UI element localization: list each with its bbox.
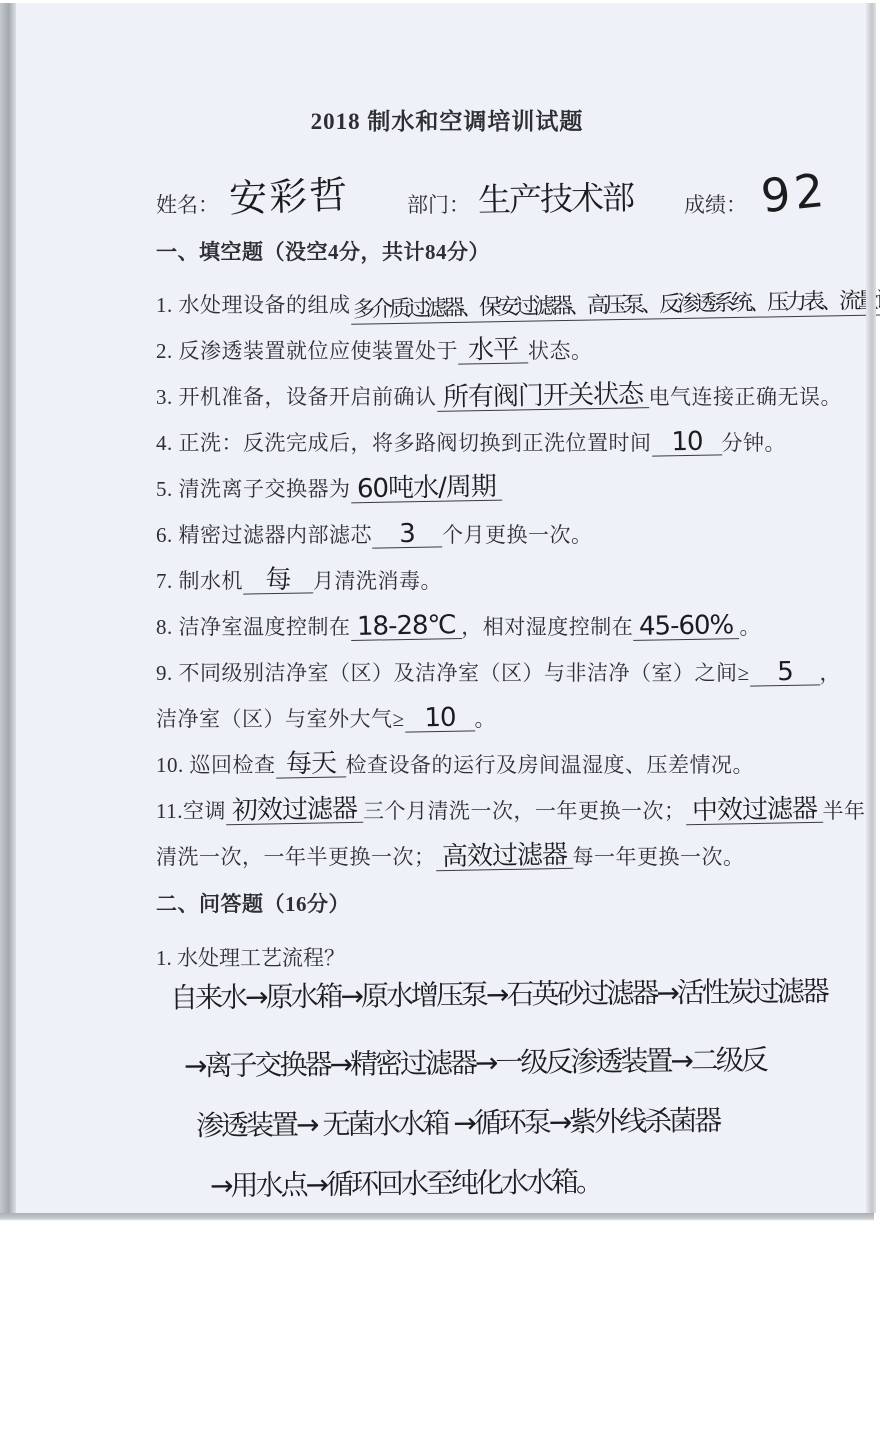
name-handwritten-value: 安彩哲 xyxy=(228,162,388,222)
printed-text: 3. 开机准备，设备开启前确认 xyxy=(156,385,437,409)
paper-bottom-shadow xyxy=(0,1213,874,1221)
printed-text: 检查设备的运行及房间温湿度、压差情况。 xyxy=(346,753,755,777)
printed-text: 5. 清洗离子交换器为 xyxy=(156,477,351,501)
handwritten-blank-answer: 所有阀门开关状态 xyxy=(436,381,648,412)
question-line: 10. 巡回检查每天检查设备的运行及房间温湿度、压差情况。 xyxy=(156,750,828,781)
printed-text: 。 xyxy=(475,707,497,731)
question-line: 5. 清洗离子交换器为60吨水/周期 xyxy=(156,474,828,505)
exam-paper: 2018 制水和空调培训试题 姓名： 安彩哲 部门： 生产技术部 成绩： 92 … xyxy=(16,3,868,1213)
essay-question-prompt: 1. 水处理工艺流程？ xyxy=(156,942,828,972)
printed-text: 10. 巡回检查 xyxy=(156,753,276,777)
printed-text: 三个月清洗一次，一年更换一次； xyxy=(363,799,686,823)
section2-heading: 二、问答题（16分） xyxy=(156,888,828,918)
handwritten-blank-answer: 中效过滤器 xyxy=(685,796,822,825)
handwritten-blank-answer: 3 xyxy=(372,520,442,548)
question-line: 6. 精密过滤器内部滤芯3个月更换一次。 xyxy=(156,520,828,551)
handwritten-blank-answer: 10 xyxy=(404,704,474,732)
printed-text: 6. 精密过滤器内部滤芯 xyxy=(156,523,372,547)
page-title: 2018 制水和空调培训试题 xyxy=(66,103,828,136)
handwritten-blank-answer: 多介质过滤器、保安过滤器、高压泵、反渗透系统、压力表、流量计 xyxy=(350,288,880,324)
handwritten-flow-line: →离子交换器→精密过滤器→一级反渗透装置→二级反 xyxy=(184,1043,828,1084)
printed-text: 4. 正洗：反洗完成后，将多路阀切换到正洗位置时间 xyxy=(156,431,652,455)
question-line: 4. 正洗：反洗完成后，将多路阀切换到正洗位置时间10分钟。 xyxy=(156,428,828,459)
question-line: 2. 反渗透装置就位应使装置处于水平状态。 xyxy=(156,336,828,367)
paper-right-edge xyxy=(866,3,876,1213)
department-label: 部门： xyxy=(407,190,470,220)
question-line: 9. 不同级别洁净室（区）及洁净室（区）与非洁净（室）之间≥5， xyxy=(156,658,828,689)
printed-text: 11.空调 xyxy=(156,799,226,823)
handwritten-blank-answer: 高效过滤器 xyxy=(435,842,572,871)
question-line: 1. 水处理设备的组成多介质过滤器、保安过滤器、高压泵、反渗透系统、压力表、流量… xyxy=(156,290,828,321)
printed-text: 清洗一次，一年半更换一次； xyxy=(156,845,436,869)
essay-handwritten-answer: 自来水→原水箱→原水增压泵→石英砂过滤器→活性炭过滤器→离子交换器→精密过滤器→… xyxy=(156,978,828,1200)
printed-text: 2. 反渗透装置就位应使装置处于 xyxy=(156,339,458,363)
handwritten-flow-line: →用水点→循环回水至纯化水水箱。 xyxy=(210,1163,828,1203)
printed-text: 每一年更换一次。 xyxy=(573,845,745,869)
handwritten-blank-answer: 60吨水/周期 xyxy=(350,474,501,504)
printed-text: 洁净室（区）与室外大气≥ xyxy=(156,707,405,731)
printed-text: 9. 不同级别洁净室（区）及洁净室（区）与非洁净（室）之间≥ xyxy=(156,661,750,685)
handwritten-blank-answer: 5 xyxy=(749,658,819,686)
handwritten-blank-answer: 初效过滤器 xyxy=(226,796,363,825)
question-line: 清洗一次，一年半更换一次；高效过滤器每一年更换一次。 xyxy=(156,842,828,873)
handwritten-blank-answer: 18-28℃ xyxy=(350,612,461,641)
handwritten-blank-answer: 水平 xyxy=(458,336,528,364)
handwritten-flow-line: 自来水→原水箱→原水增压泵→石英砂过滤器→活性炭过滤器 xyxy=(170,975,828,1016)
printed-text: 个月更换一次。 xyxy=(442,523,593,547)
handwritten-blank-answer: 每天 xyxy=(275,750,345,778)
printed-text: 月清洗消毒。 xyxy=(313,569,442,593)
handwritten-blank-answer: 10 xyxy=(651,428,721,456)
fill-in-questions: 1. 水处理设备的组成多介质过滤器、保安过滤器、高压泵、反渗透系统、压力表、流量… xyxy=(156,290,828,873)
department-handwritten-value: 生产技术部 xyxy=(478,171,657,221)
printed-text: ，相对湿度控制在 xyxy=(461,615,633,639)
question-line: 3. 开机准备，设备开启前确认所有阀门开关状态电气连接正确无误。 xyxy=(156,382,828,413)
handwritten-blank-answer: 每 xyxy=(243,566,313,594)
question-line: 8. 洁净室温度控制在18-28℃，相对湿度控制在45-60%。 xyxy=(156,612,828,643)
printed-text: 8. 洁净室温度控制在 xyxy=(156,615,351,639)
question-line: 11.空调初效过滤器三个月清洗一次，一年更换一次；中效过滤器半年 xyxy=(156,796,828,827)
exam-content: 2018 制水和空调培训试题 姓名： 安彩哲 部门： 生产技术部 成绩： 92 … xyxy=(156,103,828,1224)
score-handwritten-value: 92 xyxy=(758,163,830,224)
score-label: 成绩： xyxy=(684,190,747,220)
handwritten-flow-line: 渗透装置→ 无菌水水箱 →循环泵→紫外线杀菌器 xyxy=(196,1103,828,1144)
printed-text: 状态。 xyxy=(528,339,593,363)
exam-header: 姓名： 安彩哲 部门： 生产技术部 成绩： 92 xyxy=(156,162,828,220)
section1-heading: 一、填空题（没空4分，共计84分） xyxy=(156,236,828,266)
printed-text: ， xyxy=(820,661,842,685)
printed-text: 电气连接正确无误。 xyxy=(649,385,843,409)
printed-text: 分钟。 xyxy=(722,431,787,455)
question-line: 7. 制水机每月清洗消毒。 xyxy=(156,566,828,597)
handwritten-blank-answer: 45-60% xyxy=(633,612,740,641)
question-line: 洁净室（区）与室外大气≥10。 xyxy=(156,704,828,735)
printed-text: 1. 水处理设备的组成 xyxy=(156,293,351,317)
name-label: 姓名： xyxy=(156,190,219,220)
printed-text: 半年 xyxy=(823,799,866,823)
printed-text: 。 xyxy=(740,615,762,639)
printed-text: 7. 制水机 xyxy=(156,569,243,593)
